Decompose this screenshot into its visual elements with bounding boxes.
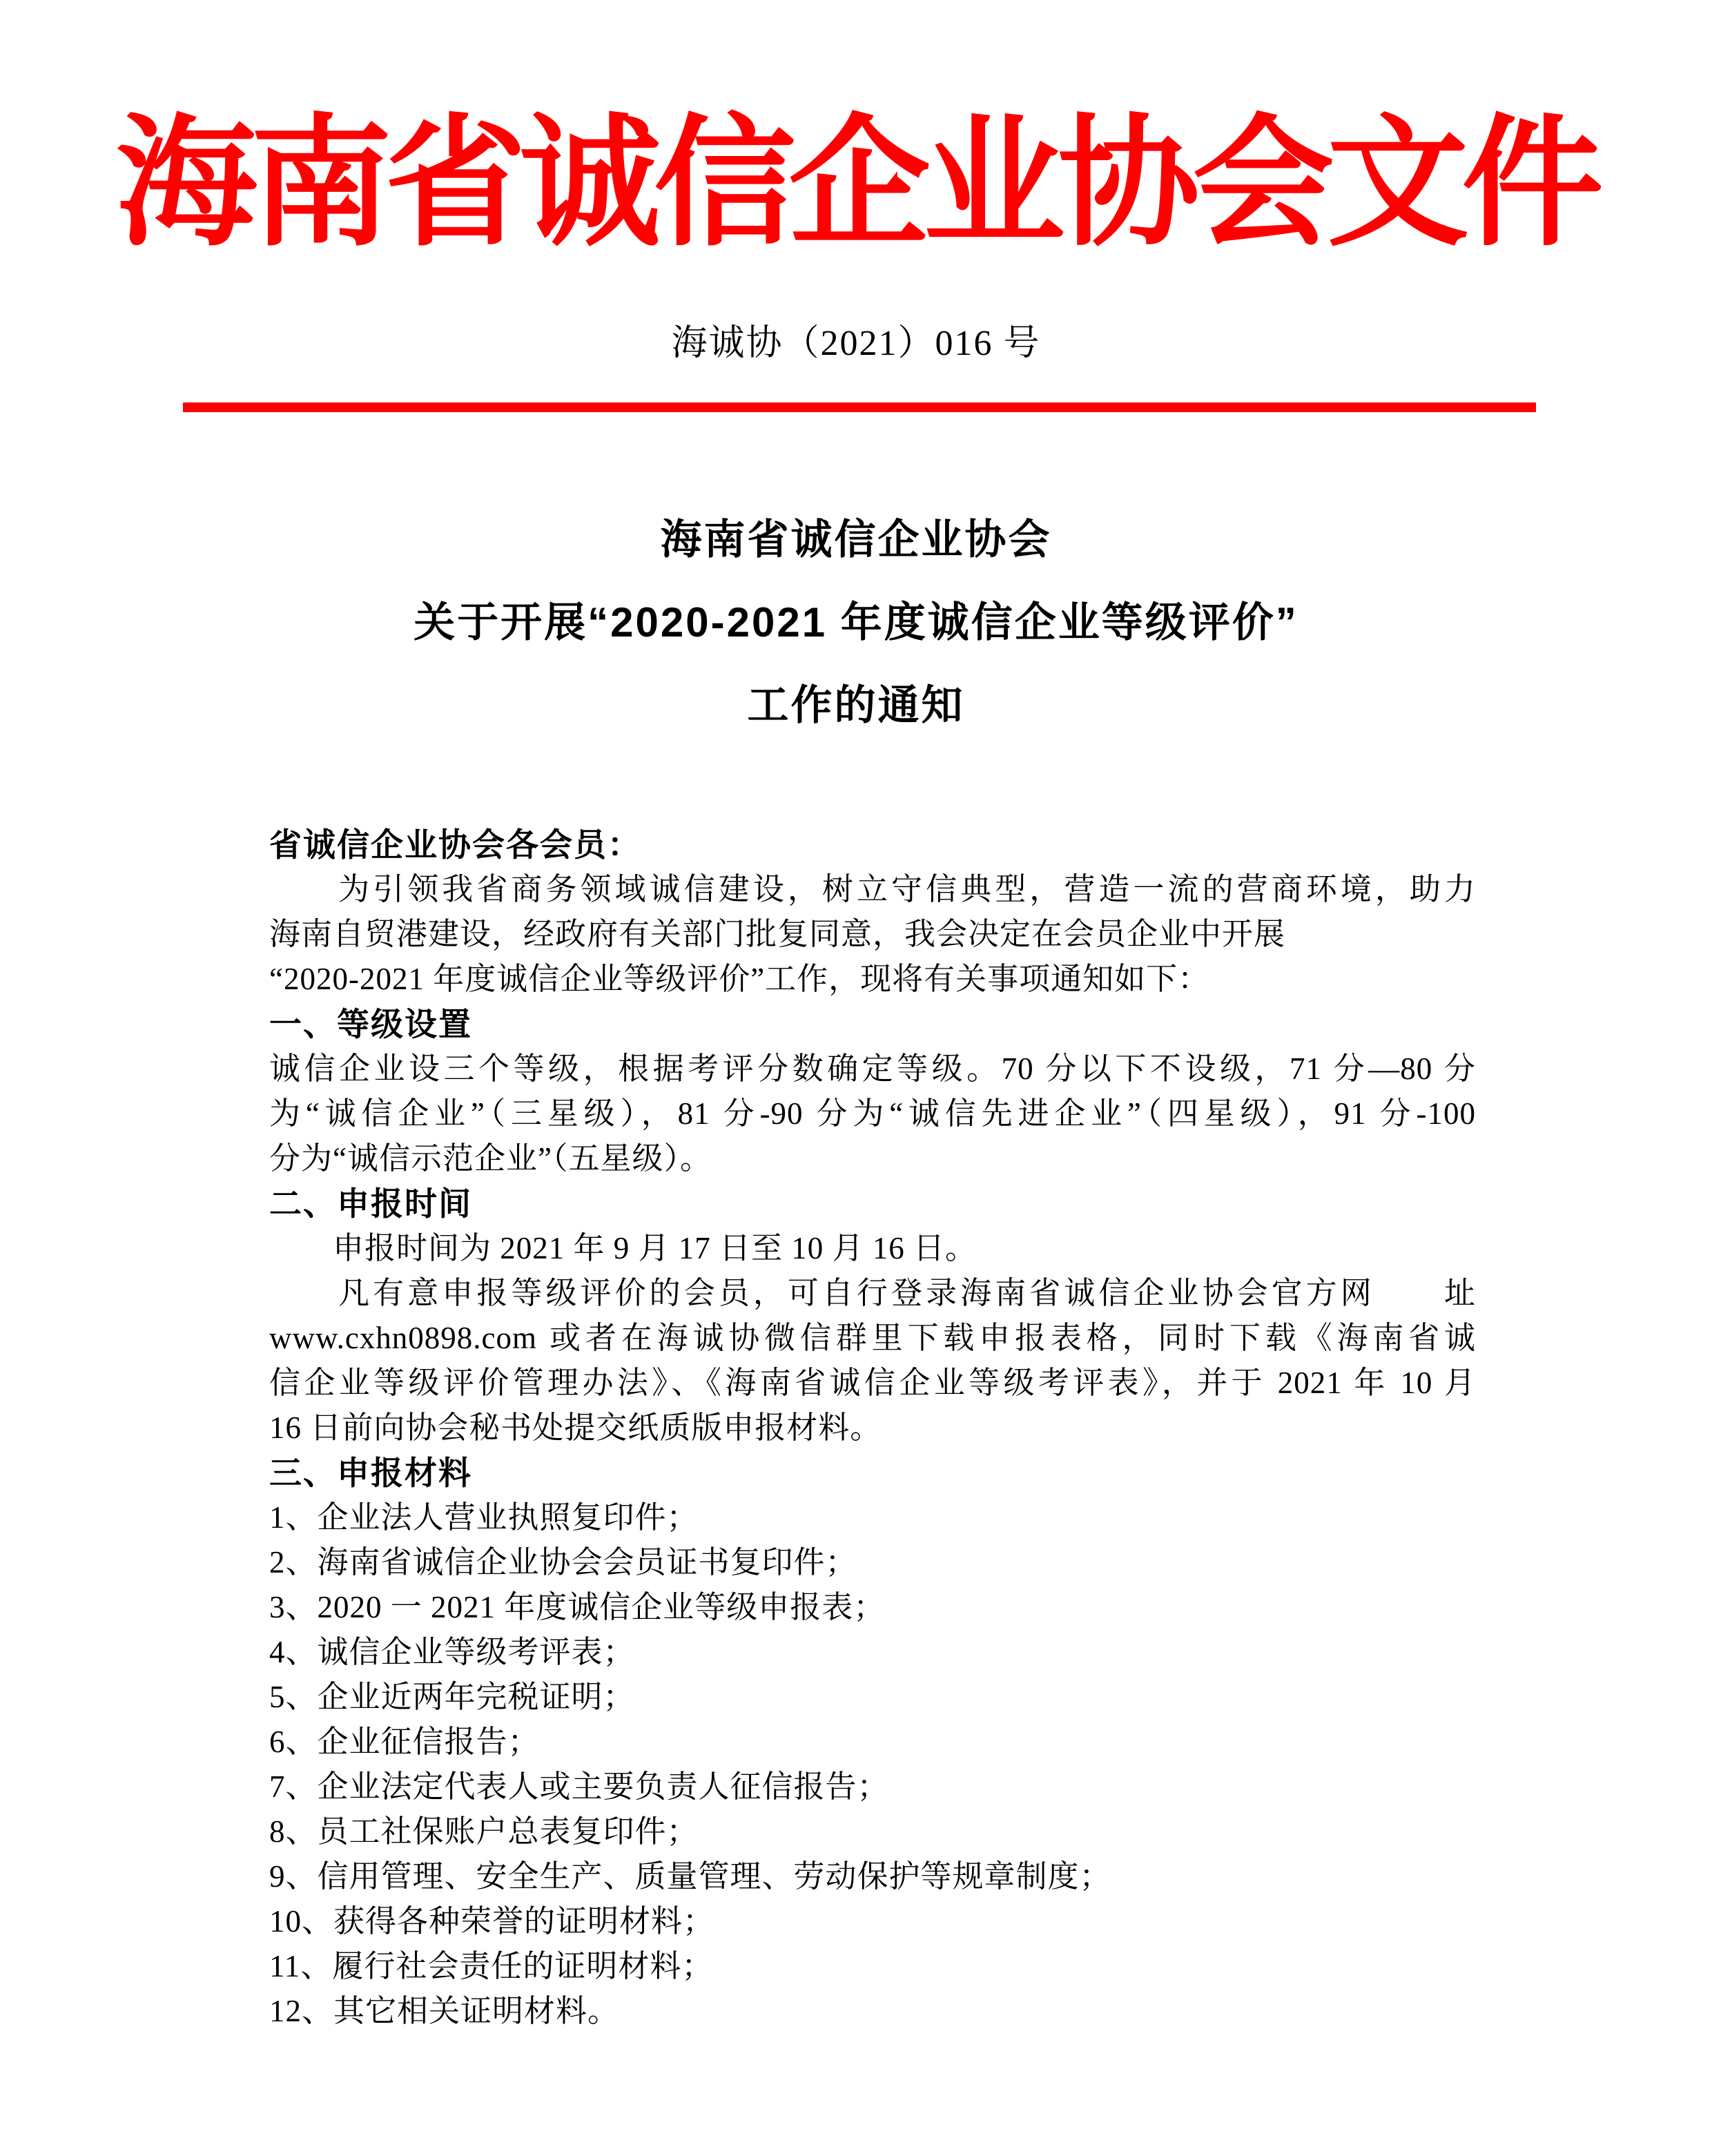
notice-title-line-3: 工作的通知: [0, 664, 1712, 747]
intro-line: “2020-2021 年度诚信企业等级评价”工作，现将有关事项通知如下：: [269, 957, 1476, 1002]
section-heading-2: 二、申报时间: [269, 1181, 1476, 1226]
list-item: 7、企业法定代表人或主要负责人征信报告；: [269, 1765, 1476, 1809]
notice-title-line-2: 关于开展“2020-2021 年度诚信企业等级评价”: [0, 581, 1712, 664]
intro-line: 海南自贸港建设，经政府有关部门批复同意，我会决定在会员企业中开展: [269, 912, 1476, 957]
red-banner-title: 海南省诚信企业协会文件: [0, 109, 1712, 258]
notice-title-line-1: 海南省诚信企业协会: [0, 498, 1712, 581]
list-item: 2、海南省诚信企业协会会员证书复印件；: [269, 1540, 1476, 1585]
body-line: 信企业等级评价管理办法》、《海南省诚信企业等级考评表》，并于 2021 年 10…: [269, 1361, 1476, 1406]
body-line: www.cxhn0898.com 或者在海诚协微信群里下载申报表格，同时下载《海…: [269, 1316, 1476, 1361]
list-item: 10、获得各种荣誉的证明材料；: [269, 1899, 1476, 1944]
body-line: 16 日前向协会秘书处提交纸质版申报材料。: [269, 1406, 1476, 1450]
section-heading-1: 一、等级设置: [269, 1002, 1476, 1047]
list-item: 3、2020 一 2021 年度诚信企业等级申报表；: [269, 1585, 1476, 1630]
list-item: 9、信用管理、安全生产、质量管理、劳动保护等规章制度；: [269, 1854, 1476, 1899]
intro-line: 为引领我省商务领域诚信建设，树立守信典型，营造一流的营商环境，助力: [269, 867, 1476, 912]
list-item: 5、企业近两年完税证明；: [269, 1675, 1476, 1720]
list-item: 6、企业征信报告；: [269, 1720, 1476, 1765]
body-line: 为“诚信企业”（三星级），81 分-90 分为“诚信先进企业”（四星级），91 …: [269, 1091, 1476, 1136]
body-line: 凡有意申报等级评价的会员，可自行登录海南省诚信企业协会官方网 址: [269, 1271, 1476, 1316]
list-item: 8、员工社保账户总表复印件；: [269, 1809, 1476, 1854]
section-heading-3: 三、申报材料: [269, 1450, 1476, 1495]
salutation: 省诚信企业协会各会员：: [269, 822, 1476, 867]
list-item: 1、企业法人营业执照复印件；: [269, 1495, 1476, 1540]
list-item: 12、其它相关证明材料。: [269, 1989, 1476, 2034]
document-body: 省诚信企业协会各会员： 为引领我省商务领域诚信建设，树立守信典型，营造一流的营商…: [269, 822, 1476, 2034]
body-line: 分为“诚信示范企业”（五星级）。: [269, 1136, 1476, 1181]
list-item: 11、履行社会责任的证明材料；: [269, 1944, 1476, 1989]
notice-title: 海南省诚信企业协会 关于开展“2020-2021 年度诚信企业等级评价” 工作的…: [0, 498, 1712, 747]
body-line: 诚信企业设三个等级，根据考评分数确定等级。70 分以下不设级，71 分—80 分: [269, 1047, 1476, 1091]
doc-number: 海诚协（2021）016 号: [0, 323, 1712, 365]
document-page: 海南省诚信企业协会文件 海诚协（2021）016 号 海南省诚信企业协会 关于开…: [0, 0, 1712, 2156]
list-item: 4、诚信企业等级考评表；: [269, 1630, 1476, 1675]
body-line: 申报时间为 2021 年 9 月 17 日至 10 月 16 日。: [269, 1226, 1476, 1271]
red-separator-line: [183, 402, 1536, 412]
